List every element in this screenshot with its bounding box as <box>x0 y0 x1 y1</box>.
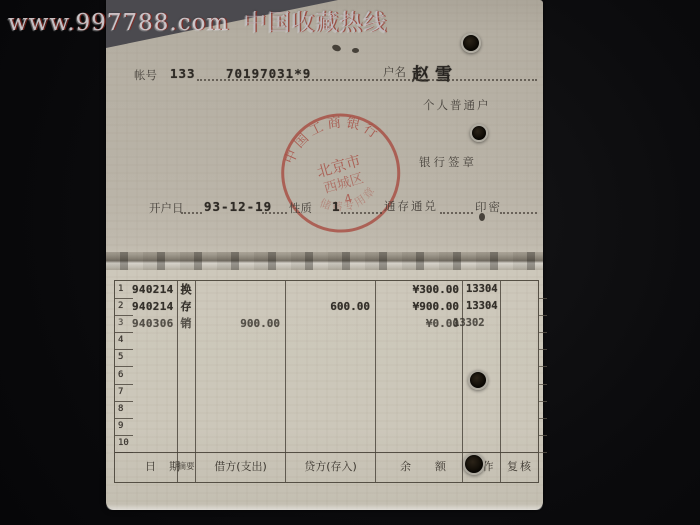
hole-punch <box>461 33 481 53</box>
table-row: 2 940214 存 600.00 ¥900.00 13304 <box>115 298 538 315</box>
bank-seal-label: 银行签章 <box>419 154 477 170</box>
row-tick-right <box>539 315 547 316</box>
header-credit: 贷方(存入) <box>286 453 375 481</box>
row-number: 9 <box>118 418 131 435</box>
cell-date: 940214 <box>132 281 177 298</box>
ink-mark <box>479 213 485 221</box>
row-number: 10 <box>118 435 131 452</box>
row-number: 8 <box>118 401 131 418</box>
row-tick-right <box>539 452 547 453</box>
open-date-label: 开户日 <box>149 200 184 216</box>
fill-line <box>197 79 537 81</box>
header-date: 日期 <box>132 453 177 481</box>
holder-name: 赵雪 <box>412 60 458 85</box>
account-label: 帐号 <box>134 67 157 83</box>
table-row: 1 940214 换 ¥300.00 13304 <box>115 281 538 298</box>
header-debit: 借方(支出) <box>196 453 285 481</box>
fill-line <box>440 212 473 214</box>
row-number: 4 <box>118 332 131 349</box>
cell-memo: 销 <box>177 315 195 332</box>
bank-stamp-seal: 中国工商银行 北京市 西城区 4 储蓄专用章 <box>277 111 405 237</box>
row-tick-right <box>539 332 547 333</box>
holder-label: 户名 <box>383 64 406 80</box>
hole-punch <box>470 124 488 142</box>
row-number: 6 <box>118 367 131 384</box>
row-number: 3 <box>118 315 131 332</box>
cell-memo: 换 <box>177 281 195 298</box>
cell-operator: 13304 <box>466 298 500 315</box>
interbank-label: 通存通兑 <box>384 198 438 214</box>
watermark-site-name: 中国收藏热线 <box>243 10 387 36</box>
table-row: 3 940306 销 900.00 ¥0.00 13302 <box>115 315 538 332</box>
cell-credit: 600.00 <box>286 298 370 315</box>
row-tick-right <box>539 298 547 299</box>
hole-punch <box>463 453 485 475</box>
row-tick-right <box>539 349 547 350</box>
page-fold-crease <box>106 252 543 270</box>
ink-mark <box>331 44 342 53</box>
row-tick-right <box>539 401 547 402</box>
row-number: 1 <box>118 281 131 298</box>
fill-line <box>341 212 382 214</box>
row-tick-right <box>539 366 547 367</box>
row-tick-right <box>539 384 547 385</box>
fill-line <box>500 212 537 214</box>
fill-line <box>181 212 202 214</box>
table-row: 10 <box>115 435 538 452</box>
header-reviewer: 复核 <box>500 453 538 481</box>
cell-balance: ¥900.00 <box>376 298 459 315</box>
cell-operator: 13304 <box>466 281 500 298</box>
row-tick-right <box>539 435 547 436</box>
header-balance: 余额 <box>376 453 462 481</box>
table-row: 5 <box>115 349 538 366</box>
table-row: 9 <box>115 418 538 435</box>
row-number: 2 <box>118 298 131 315</box>
hole-punch <box>468 370 488 390</box>
cell-date: 940306 <box>132 315 177 332</box>
row-number: 7 <box>118 384 131 401</box>
row-number: 5 <box>118 349 131 366</box>
ink-mark <box>352 48 359 53</box>
watermark-url: www.997788.com <box>8 10 229 36</box>
header-memo: 摘要 <box>177 453 195 481</box>
cell-memo: 存 <box>177 298 195 315</box>
nature-value: 1 <box>332 199 341 214</box>
account-type: 个人普通户 <box>423 97 491 113</box>
row-tick-right <box>539 418 547 419</box>
cell-balance: ¥300.00 <box>376 281 459 298</box>
watermark: www.997788.com中国收藏热线 <box>8 4 387 37</box>
table-rows: 1 940214 换 ¥300.00 13304 2 940214 存 600.… <box>115 281 538 452</box>
nature-label: 性质 <box>289 200 312 216</box>
table-row: 8 <box>115 401 538 418</box>
password-seal-label: 印密 <box>475 199 502 215</box>
cell-operator: 13302 <box>453 315 487 332</box>
fill-line <box>262 212 287 214</box>
cell-date: 940214 <box>132 298 177 315</box>
passbook-photo: 帐号 133 70197031*9 户名 赵雪 个人普通户 银行签章 中国工商银… <box>106 0 543 510</box>
account-branch-code: 133 <box>170 66 196 81</box>
cell-debit: 900.00 <box>196 315 280 332</box>
table-row: 4 <box>115 332 538 349</box>
